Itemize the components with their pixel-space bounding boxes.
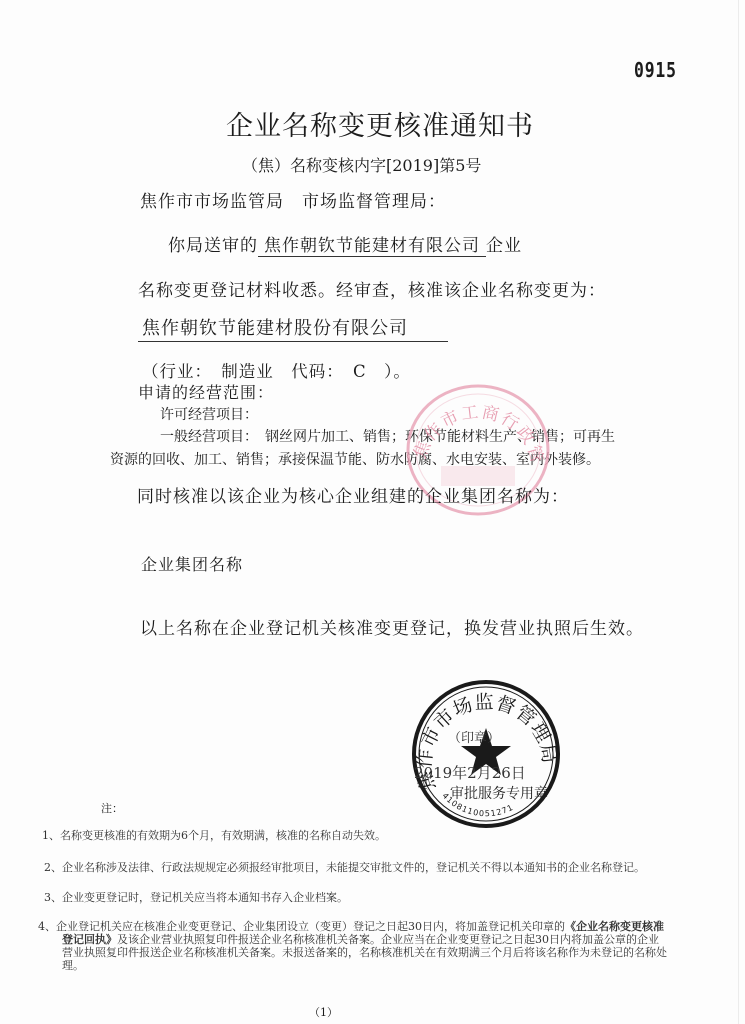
note-item-2: 2、企业名称涉及法律、行政法规规定必须报经审批项目，未能提交审批文件的，登记机关… (44, 859, 645, 875)
note-4-part-1: 4、企业登记机关应在核准企业变更登记、企业集团设立（变更）登记之日起30日内，将… (38, 920, 565, 933)
scan-edge (738, 0, 739, 1024)
document-title: 企业名称变更核准通知书 (226, 104, 534, 143)
enterprise-group-name-label: 企业集团名称 (141, 552, 243, 575)
addressee: 焦作市市场监管局 市场监督管理局： (140, 187, 446, 212)
svg-text:焦作市工商行政管理局: 焦作市工商行政管理局 (403, 380, 547, 467)
official-seal-stamp: 焦作市市场监督管理局 （印章） 2019年2月26日 审批服务专用章 41081… (410, 678, 562, 830)
enterprise-group-statement: 同时核准以该企业为核心企业组建的企业集团名称为： (137, 482, 569, 507)
submission-prefix: 你局送审的 (168, 236, 258, 256)
note-item-3: 3、企业变更登记时，登记机关应当将本通知书存入企业档案。 (44, 889, 348, 905)
page-number: （1） (309, 1004, 338, 1020)
serial-number: 0915 (634, 58, 677, 82)
svg-text:（印章）: （印章） (448, 730, 500, 746)
svg-text:审批服务专用章: 审批服务专用章 (450, 785, 548, 802)
industry-line: （行业： 制造业 代码： C ）。 (142, 358, 411, 382)
official-seal-icon: 焦作市市场监督管理局 （印章） 2019年2月26日 审批服务专用章 41081… (410, 678, 562, 830)
paragraph-submission: 你局送审的焦作朝钦节能建材有限公司企业 (168, 231, 522, 256)
effect-statement: 以上名称在企业登记机关核准变更登记，换发营业执照后生效。 (140, 614, 644, 639)
note-item-4: 4、企业登记机关应在核准企业变更登记、企业集团设立（变更）登记之日起30日内，将… (38, 920, 668, 972)
svg-text:2019年2月26日: 2019年2月26日 (414, 764, 526, 782)
document-number: （焦）名称变核内字[2019]第5号 (242, 153, 481, 176)
note-4-part-2: 及该企业营业执照复印件报送企业名称核准机关备案。企业应当在企业变更登记之日起30… (62, 933, 667, 972)
new-company-name: 焦作朝钦节能建材股份有限公司 (138, 314, 448, 342)
submission-suffix: 企业 (486, 236, 522, 256)
original-company-name: 焦作朝钦节能建材有限公司 (258, 236, 486, 257)
paragraph-approval: 名称变更登记材料收悉。经审查，核准该企业名称变更为： (138, 276, 606, 301)
business-scope-label: 申请的经营范围： (138, 380, 274, 403)
licensed-items: 许可经营项目： (160, 404, 258, 424)
note-item-1: 1、名称变更核准的有效期为6个月，有效期满，核准的名称自动失效。 (42, 827, 386, 843)
notes-label: 注： (101, 800, 123, 816)
